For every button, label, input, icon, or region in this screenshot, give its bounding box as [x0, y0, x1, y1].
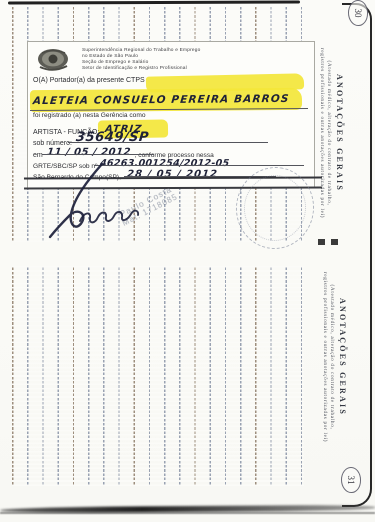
page-right-edge — [342, 3, 372, 507]
coat-of-arms-logo — [36, 47, 72, 74]
holder-name-handwritten: ALETEIA CONSUELO PEREIRA BARROS — [32, 93, 290, 107]
number-underline — [68, 142, 268, 143]
ctps-scanned-page: ANOTAÇÕES GERAIS (Atestado médico, alter… — [0, 0, 375, 522]
holder-name-row: ALETEIA CONSUELO PEREIRA BARROS — [33, 90, 310, 108]
signature — [44, 158, 159, 243]
side-caption-page-31: ANOTAÇÕES GERAIS (Atestado médico, alter… — [301, 252, 347, 462]
page-bottom-edge-shadow — [0, 512, 375, 514]
side-note-line1: (Atestado médico, alteração do contrato … — [328, 252, 335, 462]
page-number-30: 30 — [348, 0, 368, 26]
dotted-lines-bottom-page — [12, 266, 304, 486]
registration-mark — [331, 239, 338, 245]
registration-mark — [318, 239, 325, 245]
agency-line: Setor de Identificação e Registro Profis… — [82, 66, 200, 72]
side-note-line2: registros profissionais e outras anotaçõ… — [319, 28, 326, 238]
holder-intro-label: O(A) Portador(a) da presente CTPS — [33, 77, 310, 84]
registered-as-label: foi registrado (a) nesta Gerência como — [33, 112, 310, 119]
side-note-line1: (Atestado médico, alteração do contrato … — [325, 28, 332, 238]
side-note-line2: registros profissionais e outras anotaçõ… — [322, 252, 329, 462]
page-number-31: 31 — [341, 467, 361, 493]
page-top-edge — [8, 0, 300, 4]
agency-header: Superintendência Regional do Trabalho e … — [82, 48, 200, 72]
